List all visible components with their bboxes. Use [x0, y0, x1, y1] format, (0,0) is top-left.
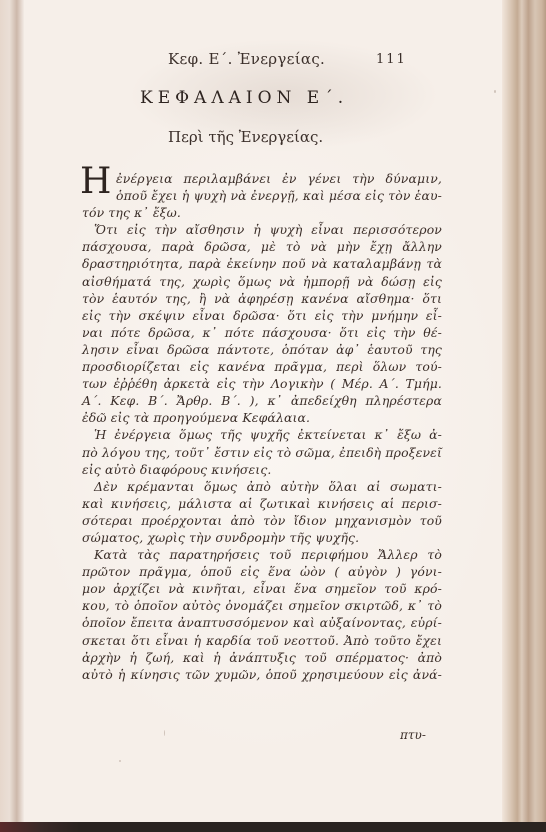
text-line: δραστηριότητα, παρὰ ἐκείνην ποῦ νὰ καταλ…	[82, 255, 442, 272]
paper-speck	[119, 760, 121, 762]
text-line: σότεραι προέρχονται ἀπὸ τὸν ἴδιον μηχανι…	[82, 512, 442, 529]
text-line: σώματος, χωρὶς τὴν συνδρομὴν τῆς ψυχῆς.	[82, 529, 442, 546]
text-line: Ἡ ἐνέργεια ὅμως τῆς ψυχῆς ἐκτείνεται κ᾽ …	[82, 426, 442, 443]
text-line: πάσχουσα, παρὰ δρῶσα, μὲ τὸ νὰ μὴν ἔχῃ ἄ…	[82, 238, 442, 255]
text-line: των ἐῤῥέθη ἀρκετὰ εἰς τὴν Λογικὴν ( Μέρ.…	[82, 375, 442, 392]
text-line: κου, τὸ ὁποῖον αὐτὸς ὀνομάζει σημεῖον σκ…	[82, 597, 442, 614]
gutter-shadow	[0, 0, 24, 822]
text-line: Κατὰ τὰς παρατηρήσεις τοῦ περιφήμου Ἄλλε…	[82, 546, 442, 563]
text-line: πρῶτον πρᾶγμα, ὁποῦ εἰς ἕνα ὠὸν ( αὐγὸν …	[82, 563, 442, 580]
text-line: σκεται ὅτι εἶναι ἡ καρδία τοῦ νεοττοῦ. Ἀ…	[82, 632, 442, 649]
drop-cap: Η	[80, 164, 112, 200]
text-line: πὸ λόγου της, τοῦτ᾽ ἔστιν εἰς τὸ σῶμα, ἐ…	[82, 444, 442, 461]
text-line: ἀρχὴν ἡ ζωή, καὶ ἡ ἀνάπτυξις τοῦ σπέρματ…	[82, 649, 442, 666]
text-line: Δὲν κρέμανται ὅμως ἀπὸ αὐτὴν ὅλαι αἱ σωμ…	[82, 478, 442, 495]
text-line: τόν της κ᾽ ἔξω.	[82, 204, 442, 221]
running-head: Κεφ. Ε΄. Ἐνεργείας.	[168, 50, 408, 68]
text-line: λησιν εἶναι δρῶσα πάντοτε, ὁπόταν ἀφ᾽ ἑα…	[82, 341, 442, 358]
page-number: 111	[376, 52, 407, 67]
text-line: Α΄. Κεφ. Β΄. Ἄρθρ. Β΄. ), κ᾽ ἀπεδείχθη π…	[82, 392, 442, 409]
text-line: ἐδῶ εἰς τὰ προηγούμενα Κεφάλαια.	[82, 409, 442, 426]
text-line: ἐνέργεια περιλαμβάνει ἐν γένει τὴν δύναμ…	[82, 170, 442, 187]
paper-speck	[164, 730, 165, 736]
text-line: εἰς τὴν σκέψιν εἶναι δρῶσα· ὅτι εἰς τὴν …	[82, 307, 442, 324]
fore-edge-pages	[502, 0, 546, 822]
section-title: Περὶ τῆς Ἐνεργείας.	[168, 128, 323, 146]
text-line: ναι πότε δρῶσα, κ᾽ πότε πάσχουσα· ὅτι εἰ…	[82, 324, 442, 341]
text-line: προσδιορίζεται εἰς κανένα πρᾶγμα, περὶ ὅ…	[82, 358, 442, 375]
text-line: καὶ κινήσεις, μάλιστα αἱ ζωτικαὶ κινήσει…	[82, 495, 442, 512]
text-line: Ὅτι εἰς τὴν αἴσθησιν ἡ ψυχὴ εἶναι περισσ…	[82, 221, 442, 238]
text-line: αἰσθήματά της, χωρὶς ὅμως νὰ ἠμπορῇ νὰ δ…	[82, 273, 442, 290]
chapter-title: ΚΕΦΑΛΑΙΟΝ Ε΄.	[140, 88, 348, 108]
scanner-bed-edge	[0, 822, 546, 832]
catchword: πτυ-	[400, 728, 426, 742]
body-text: Η ἐνέργεια περιλαμβάνει ἐν γένει τὴν δύν…	[82, 170, 442, 683]
text-line: εἰς αὐτὸ διαφόρους κινήσεις.	[82, 461, 442, 478]
text-line: τὸν ἑαυτόν της, ἢ νὰ ἀφηρέσῃ κανένα αἴσθ…	[82, 290, 442, 307]
text-line: ὁποῖον ἔπειτα ἀναπτυσσόμενον καὶ αὐξαίνο…	[82, 614, 442, 631]
text-line: αὐτὸ ἡ κίνησις τῶν χυμῶν, ὁποῦ χρησιμεύο…	[82, 666, 442, 683]
text-line: ὁποῦ ἔχει ἡ ψυχὴ νὰ ἐνεργῇ, καὶ μέσα εἰς…	[82, 187, 442, 204]
text-line: μον ἀρχίζει νὰ κινῆται, εἶναι ἕνα σημεῖο…	[82, 580, 442, 597]
paper-speck	[494, 90, 496, 93]
